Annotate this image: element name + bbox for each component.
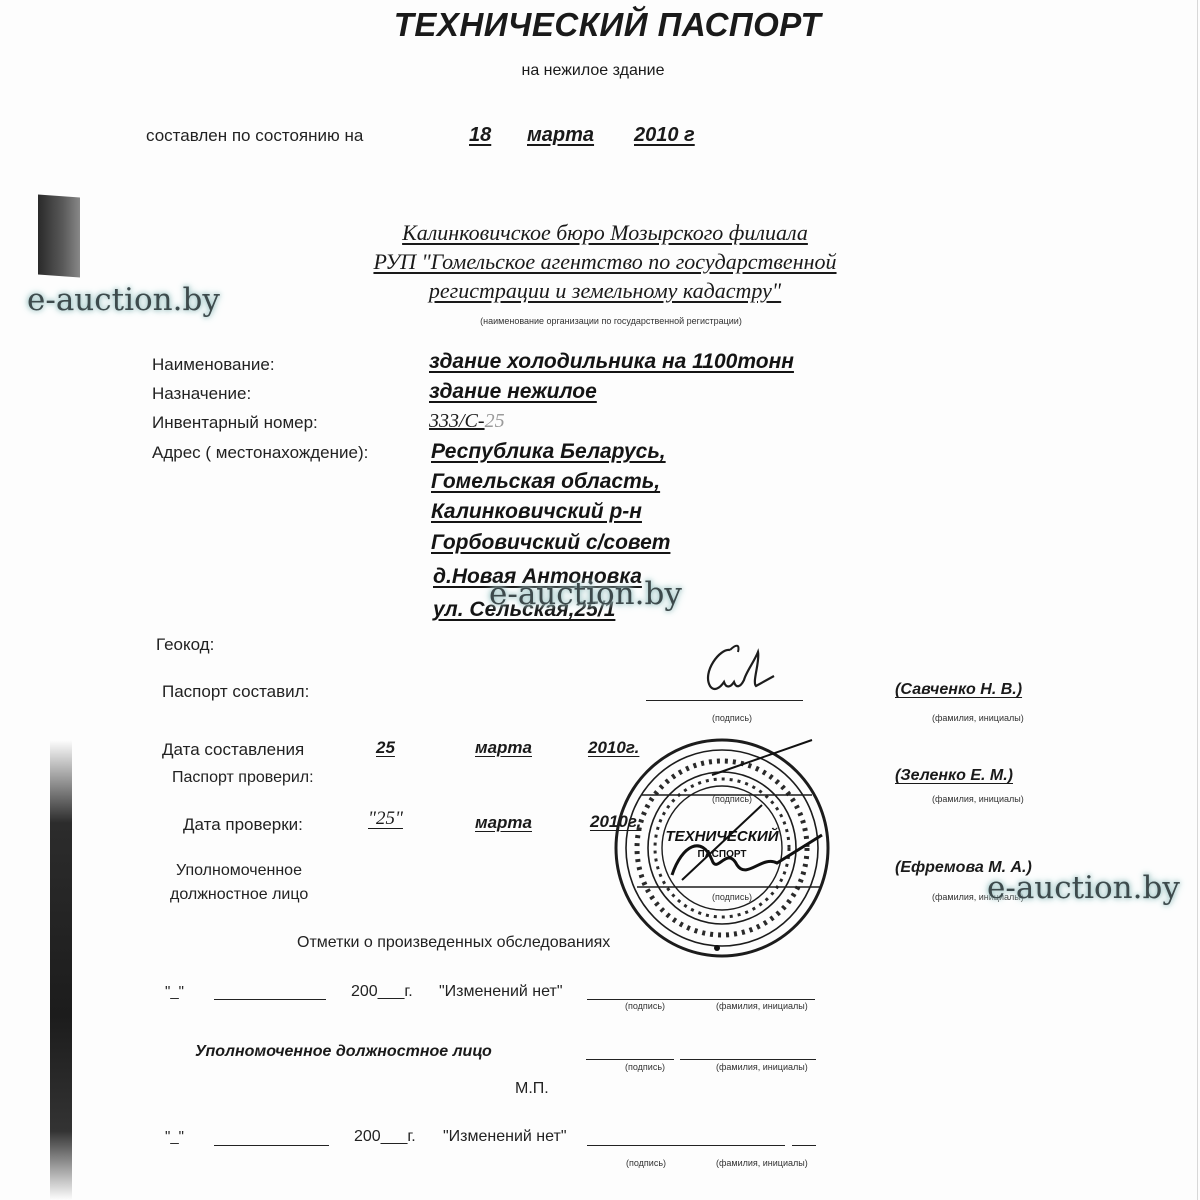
inspection-1-text: "Изменений нет" bbox=[439, 983, 563, 1001]
address-line-4: Горбовичский с/совет bbox=[431, 531, 670, 555]
inventory-value: 333/С-25 bbox=[429, 410, 505, 433]
inspection-2-text: "Изменений нет" bbox=[443, 1128, 567, 1146]
as-of-year: 2010 г bbox=[634, 124, 695, 147]
organization-line-2: РУП "Гомельское агентство по государстве… bbox=[0, 249, 1200, 275]
as-of-day: 18 bbox=[469, 124, 491, 147]
official-label-1: Уполномоченное bbox=[176, 862, 302, 880]
purpose-label: Назначение: bbox=[152, 384, 251, 404]
inspection-official-signature-line bbox=[586, 1059, 674, 1060]
inspection-2-year: 200___г. bbox=[354, 1128, 416, 1146]
compile-date-label: Дата составления bbox=[162, 740, 304, 760]
inspection-2-month-line bbox=[214, 1145, 329, 1146]
checked-name-caption: (фамилия, инициалы) bbox=[932, 794, 1024, 804]
signature-savchenko-icon bbox=[690, 642, 800, 694]
checked-by-label: Паспорт проверил: bbox=[172, 769, 314, 787]
organization-line-1: Калинковичское бюро Мозырского филиала bbox=[0, 220, 1200, 246]
inspection-1-signature-caption: (подпись) bbox=[625, 1001, 665, 1011]
inspection-2-signature-caption: (подпись) bbox=[626, 1158, 666, 1168]
name-value: здание холодильника на 1100тонн bbox=[429, 350, 794, 374]
watermark-center: e-auction.by bbox=[489, 576, 682, 612]
checked-by-name: (Зеленко Е. М.) bbox=[895, 767, 1013, 785]
inventory-number: 333/С- bbox=[429, 410, 485, 432]
compiled-by-name: (Савченко Н. В.) bbox=[895, 681, 1022, 699]
compile-day: 25 bbox=[376, 738, 395, 758]
compiled-signature-caption: (подпись) bbox=[712, 713, 752, 723]
watermark-left: e-auction.by bbox=[27, 282, 220, 318]
inventory-label: Инвентарный номер: bbox=[152, 413, 318, 433]
inspection-1-year: 200___г. bbox=[351, 983, 413, 1001]
address-line-2: Гомельская область, bbox=[431, 470, 660, 494]
scan-artifact-left-edge bbox=[50, 740, 72, 1200]
document-title: ТЕХНИЧЕСКИЙ ПАСПОРТ bbox=[0, 6, 1200, 44]
inspection-official-name-caption: (фамилия, инициалы) bbox=[716, 1062, 808, 1072]
check-date-label: Дата проверки: bbox=[183, 815, 303, 835]
compiled-signature-line bbox=[646, 700, 803, 701]
address-line-1: Республика Беларусь, bbox=[431, 440, 666, 464]
inspection-2-name-caption: (фамилия, инициалы) bbox=[716, 1158, 808, 1168]
inspections-heading: Отметки о произведенных обследованиях bbox=[297, 934, 610, 952]
official-label-2: должностное лицо bbox=[170, 886, 308, 904]
inspection-1-signature-line bbox=[587, 999, 815, 1000]
inventory-handwritten: 25 bbox=[485, 410, 505, 432]
purpose-value: здание нежилое bbox=[429, 380, 597, 404]
inspection-1-month-line bbox=[214, 999, 326, 1000]
check-day: "25" bbox=[368, 808, 403, 830]
inspection-official-signature-caption: (подпись) bbox=[625, 1062, 665, 1072]
address-label: Адрес ( местонахождение): bbox=[152, 443, 368, 463]
compiled-name-caption: (фамилия, инициалы) bbox=[932, 713, 1024, 723]
compile-month: марта bbox=[475, 738, 532, 758]
check-month: марта bbox=[475, 813, 532, 833]
inspection-1-name-caption: (фамилия, инициалы) bbox=[716, 1001, 808, 1011]
inspection-2-name-line bbox=[792, 1145, 816, 1146]
official-stamp-icon: ТЕХНИЧЕСКИЙ ПАСПОРТ bbox=[612, 735, 832, 960]
inspection-1-quote: "_" bbox=[165, 983, 184, 1000]
compiled-by-label: Паспорт составил: bbox=[162, 682, 309, 702]
name-label: Наименование: bbox=[152, 355, 275, 375]
scan-border bbox=[1197, 0, 1198, 1200]
watermark-right: e-auction.by bbox=[987, 870, 1180, 906]
inspection-official-label: Уполномоченное должностное лицо bbox=[195, 1043, 492, 1061]
as-of-month: марта bbox=[527, 124, 594, 147]
seal-label: М.П. bbox=[515, 1080, 549, 1098]
document-subtitle: на нежилое здание bbox=[0, 62, 1186, 80]
as-of-label: составлен по состоянию на bbox=[146, 126, 363, 146]
address-line-3: Калинковичский р-н bbox=[431, 500, 642, 524]
inspection-2-quote: "_" bbox=[165, 1128, 184, 1145]
inspection-2-signature-line bbox=[587, 1145, 785, 1146]
geocode-label: Геокод: bbox=[156, 635, 214, 655]
inspection-official-name-line bbox=[680, 1059, 816, 1060]
